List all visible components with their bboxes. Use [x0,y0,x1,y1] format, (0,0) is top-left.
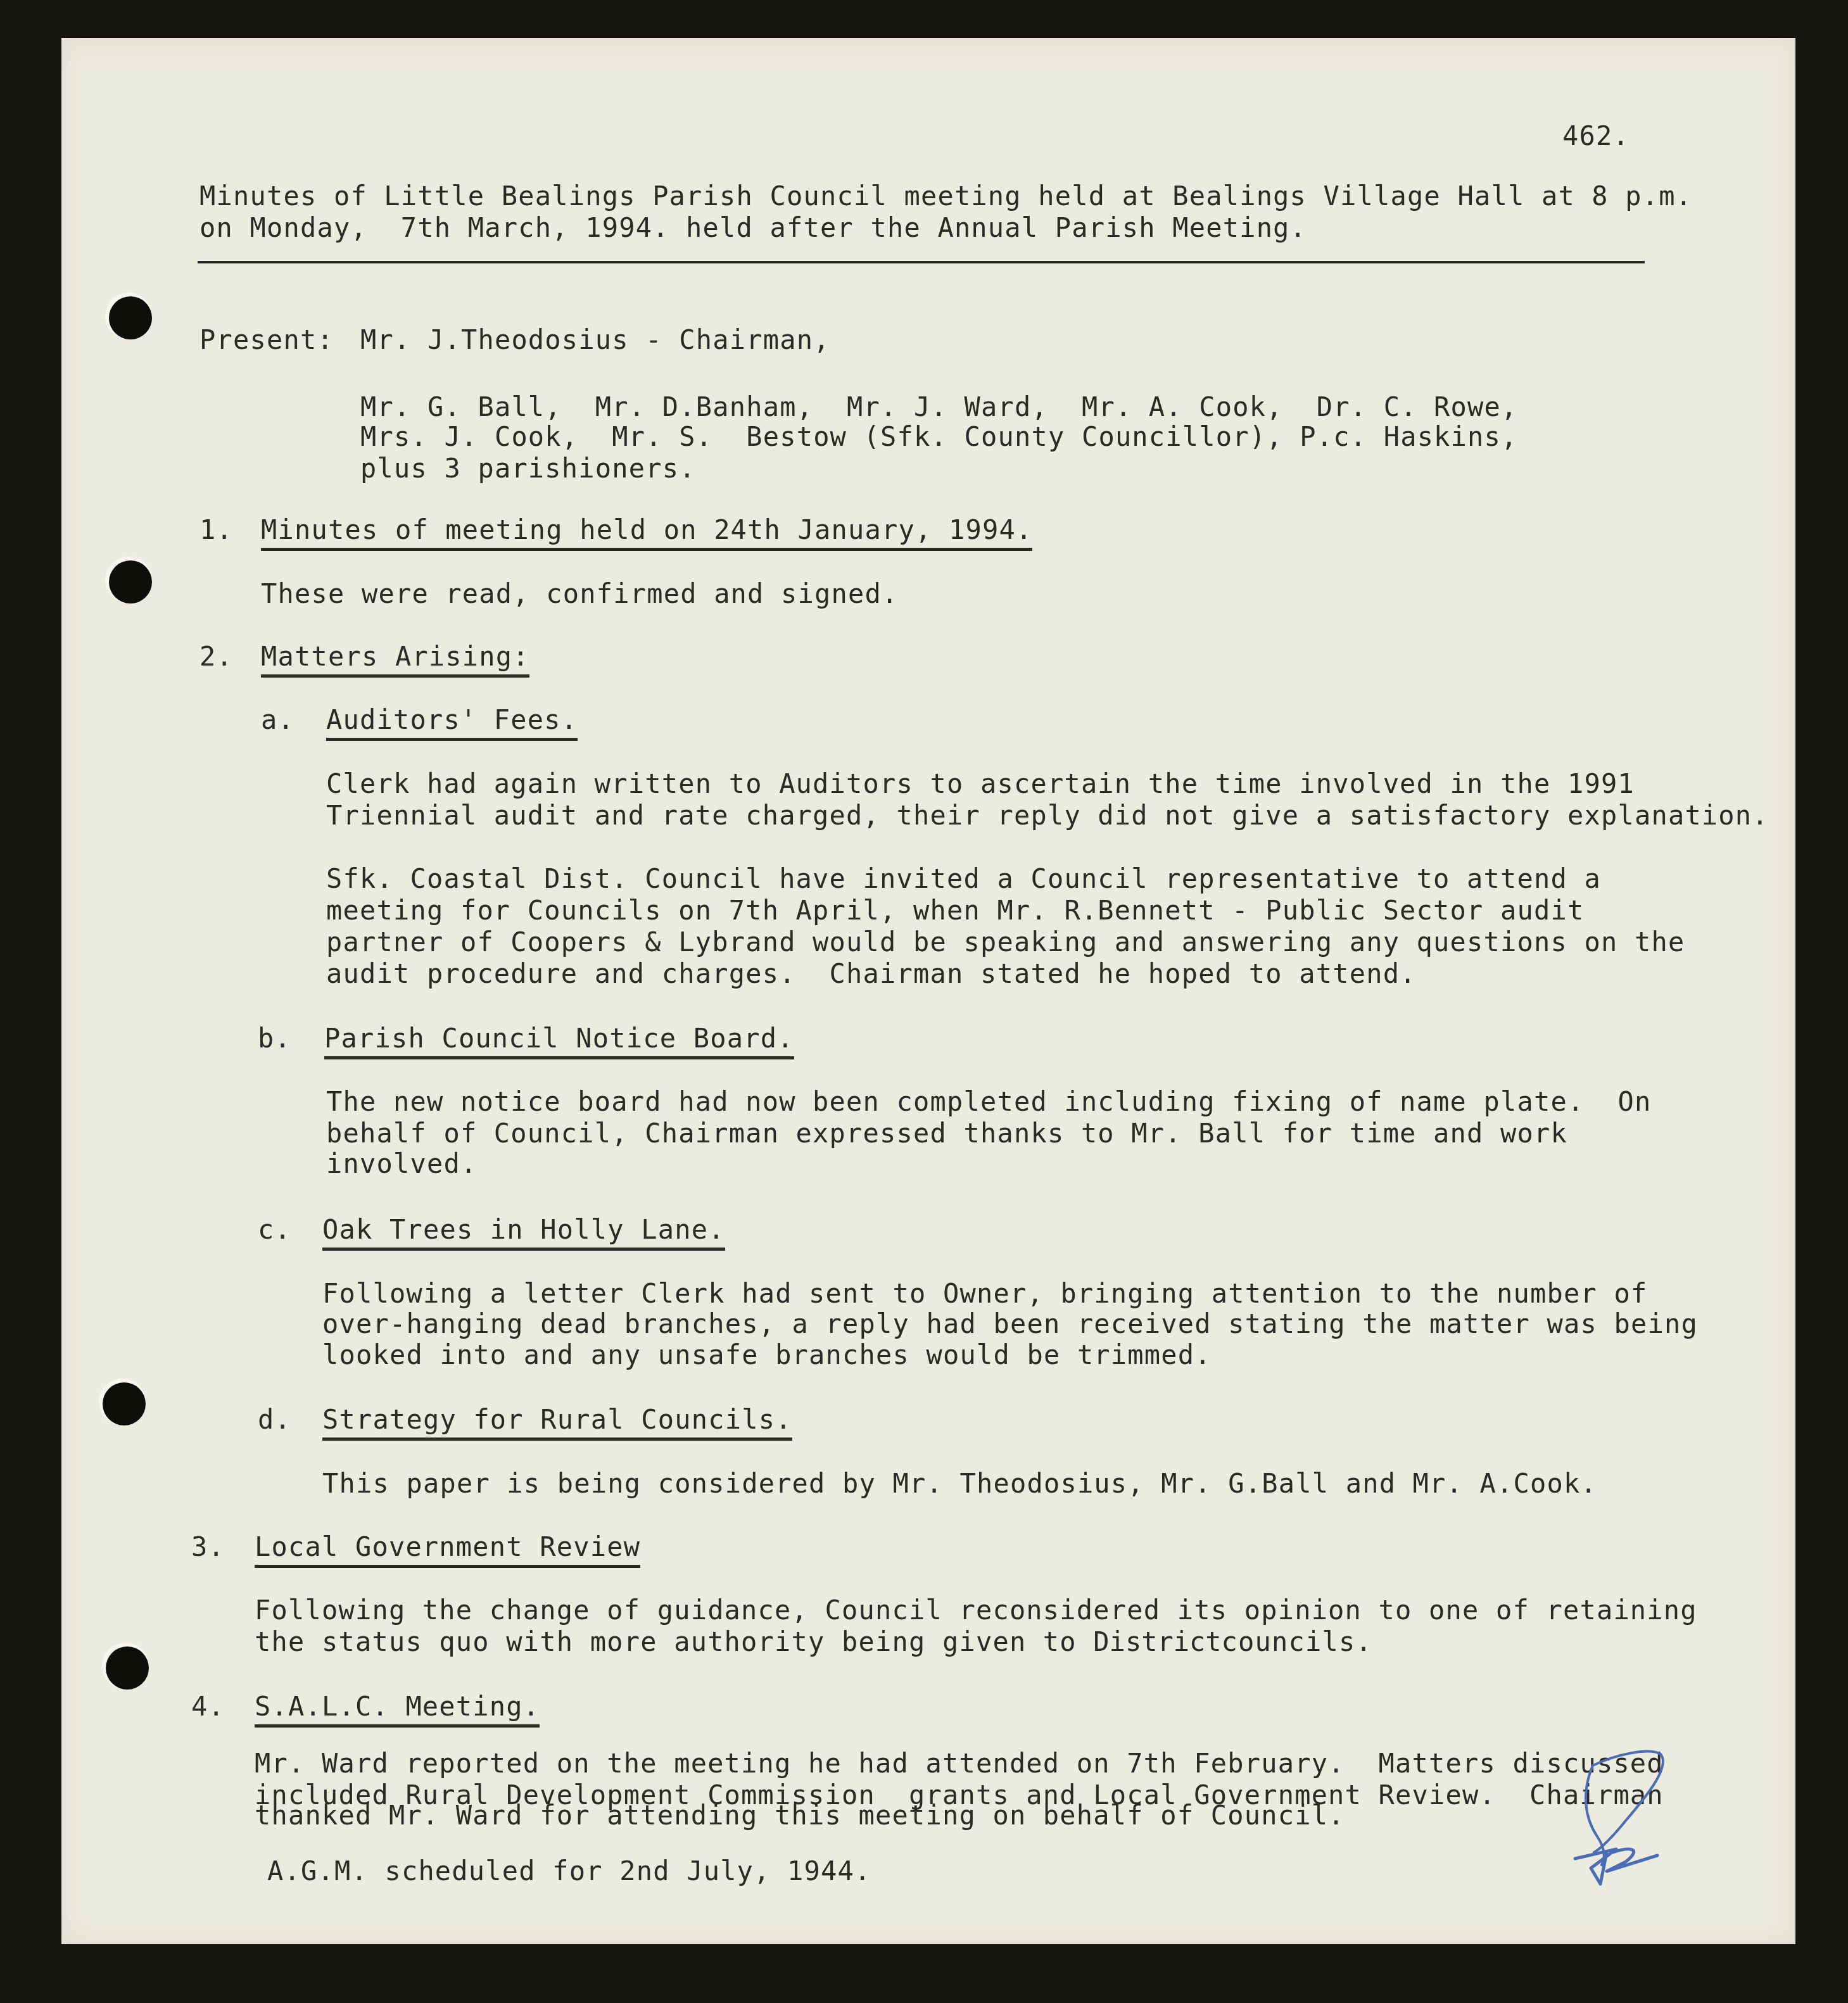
present-chairman: Mr. J.Theodosius - Chairman, [360,324,830,356]
item-1-number: 1. [199,514,233,546]
header-line-1: Minutes of Little Bealings Parish Counci… [199,180,1692,212]
item-2d-title: Strategy for Rural Councils. [322,1404,792,1441]
agm-note: A.G.M. scheduled for 2nd July, 1944. [267,1855,871,1887]
item-2b-line2: behalf of Council, Chairman expressed th… [326,1118,1567,1149]
item-2c-letter: c. [258,1214,291,1246]
item-3-line2: the status quo with more authority being… [255,1626,1372,1658]
item-1-title: Minutes of meeting held on 24th January,… [261,514,1032,551]
item-2a-para2-line3: partner of Coopers & Lybrand would be sp… [326,926,1685,958]
document-page: 462. Minutes of Little Bealings Parish C… [61,38,1795,1944]
present-line-3: plus 3 parishioners. [360,453,696,484]
item-2c-line2: over-hanging dead branches, a reply had … [322,1308,1698,1340]
signature-initials-icon [1556,1741,1683,1893]
item-2a-para2-line2: meeting for Councils on 7th April, when … [326,895,1584,926]
item-3-line1: Following the change of guidance, Counci… [255,1595,1697,1626]
present-label: Present: [199,324,334,356]
item-2b-line3: involved. [326,1148,477,1180]
item-2b-letter: b. [258,1023,291,1054]
present-line-1: Mr. G. Ball, Mr. D.Banham, Mr. J. Ward, … [360,391,1518,423]
header-line-2: on Monday, 7th March, 1994. held after t… [199,212,1307,244]
header-rule [198,261,1645,263]
present-line-2: Mrs. J. Cook, Mr. S. Bestow (Sfk. County… [360,421,1518,453]
item-2a-para1-line2: Triennial audit and rate charged, their … [326,800,1769,831]
binder-hole [103,1382,146,1425]
item-2-number: 2. [199,641,233,673]
item-2a-para2-line1: Sfk. Coastal Dist. Council have invited … [326,863,1601,895]
item-2c-line1: Following a letter Clerk had sent to Own… [322,1278,1647,1310]
item-2d-body: This paper is being considered by Mr. Th… [322,1468,1597,1500]
item-2a-para1-line1: Clerk had again written to Auditors to a… [326,768,1635,800]
item-2c-title: Oak Trees in Holly Lane. [322,1214,725,1251]
item-4-number: 4. [191,1691,225,1722]
binder-hole [106,1646,149,1690]
item-4-title: S.A.L.C. Meeting. [255,1691,540,1728]
binder-hole [109,560,152,603]
item-3-title: Local Government Review [255,1531,640,1568]
item-2d-letter: d. [258,1404,291,1436]
binder-hole [109,296,152,339]
item-1-body: These were read, confirmed and signed. [261,578,898,610]
item-2a-letter: a. [261,704,294,736]
item-2c-line3: looked into and any unsafe branches woul… [322,1339,1212,1371]
item-4-line3: thanked Mr. Ward for attending this meet… [255,1800,1345,1831]
item-2a-para2-line4: audit procedure and charges. Chairman st… [326,958,1417,990]
item-2a-title: Auditors' Fees. [326,704,578,741]
item-2b-title: Parish Council Notice Board. [324,1023,794,1059]
item-2-title: Matters Arising: [261,641,529,678]
item-4-line1: Mr. Ward reported on the meeting he had … [255,1748,1664,1779]
handwritten-insert-district: District [1093,1626,1221,1657]
item-3-number: 3. [191,1531,225,1563]
item-2b-line1: The new notice board had now been comple… [326,1086,1651,1118]
page-number: 462. [1562,120,1630,152]
